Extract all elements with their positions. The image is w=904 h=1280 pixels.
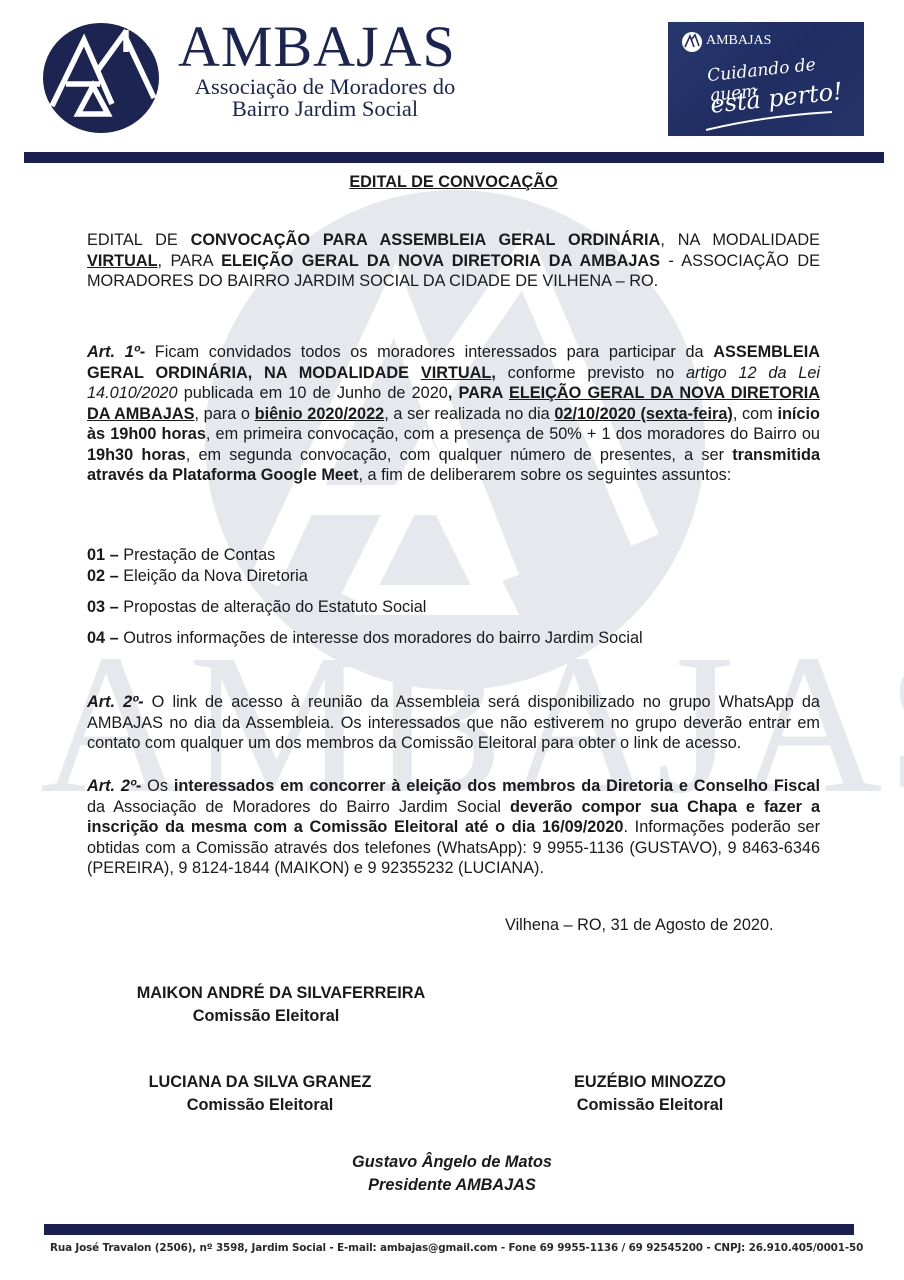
president-signature-block: Gustavo Ângelo de Matos Presidente AMBAJ… xyxy=(322,1151,582,1197)
signature-block: LUCIANA DA SILVA GRANEZ Comissão Eleitor… xyxy=(132,1071,388,1117)
agenda-item: 02 – Eleição da Nova Diretoria xyxy=(87,566,308,587)
brand-subtitle: Associação de Moradores do Bairro Jardim… xyxy=(184,76,466,120)
document-title: EDITAL DE CONVOCAÇÃO xyxy=(87,172,820,193)
footer-contact: Rua José Travalon (2506), nº 3598, Jardi… xyxy=(50,1242,870,1254)
article-2-candidacy-paragraph: Art. 2º- Os interessados em concorrer à … xyxy=(87,776,820,879)
signatory-role: Comissão Eleitoral xyxy=(548,1094,752,1117)
header-divider xyxy=(24,152,884,163)
dateline: Vilhena – RO, 31 de Agosto de 2020. xyxy=(505,916,774,935)
footer-divider xyxy=(44,1224,854,1235)
brand-subtitle-line2: Bairro Jardim Social xyxy=(184,98,466,120)
article-2-access-paragraph: Art. 2º- O link de acesso à reunião da A… xyxy=(87,692,820,754)
slogan-banner: AMBAJAS Cuidando de quem está perto! xyxy=(668,22,864,136)
intro-paragraph: EDITAL DE CONVOCAÇÃO PARA ASSEMBLEIA GER… xyxy=(87,230,820,292)
ambajas-logo-icon xyxy=(42,22,160,134)
banner-logo-icon xyxy=(682,32,702,52)
signatory-name: MAIKON ANDRÉ DA SILVAFERREIRA xyxy=(118,982,444,1005)
agenda-item: 04 – Outros informações de interesse dos… xyxy=(87,628,643,649)
swoosh-icon xyxy=(704,110,834,132)
signatory-role: Comissão Eleitoral xyxy=(88,1005,444,1028)
signatory-role: Presidente AMBAJAS xyxy=(322,1174,582,1197)
brand-subtitle-line1: Associação de Moradores do xyxy=(184,76,466,98)
article-1-paragraph: Art. 1º- Ficam convidados todos os morad… xyxy=(87,342,820,486)
signatory-name: Gustavo Ângelo de Matos xyxy=(322,1151,582,1174)
signatory-name: LUCIANA DA SILVA GRANEZ xyxy=(132,1071,388,1094)
signatory-role: Comissão Eleitoral xyxy=(132,1094,388,1117)
signature-block: MAIKON ANDRÉ DA SILVAFERREIRA Comissão E… xyxy=(118,982,444,1028)
agenda-item: 03 – Propostas de alteração do Estatuto … xyxy=(87,597,426,618)
signature-block: EUZÉBIO MINOZZO Comissão Eleitoral xyxy=(548,1071,752,1117)
signatory-name: EUZÉBIO MINOZZO xyxy=(548,1071,752,1094)
brand-name: AMBAJAS xyxy=(178,16,456,78)
banner-brand: AMBAJAS xyxy=(706,33,771,49)
agenda-item: 01 – Prestação de Contas xyxy=(87,545,275,566)
